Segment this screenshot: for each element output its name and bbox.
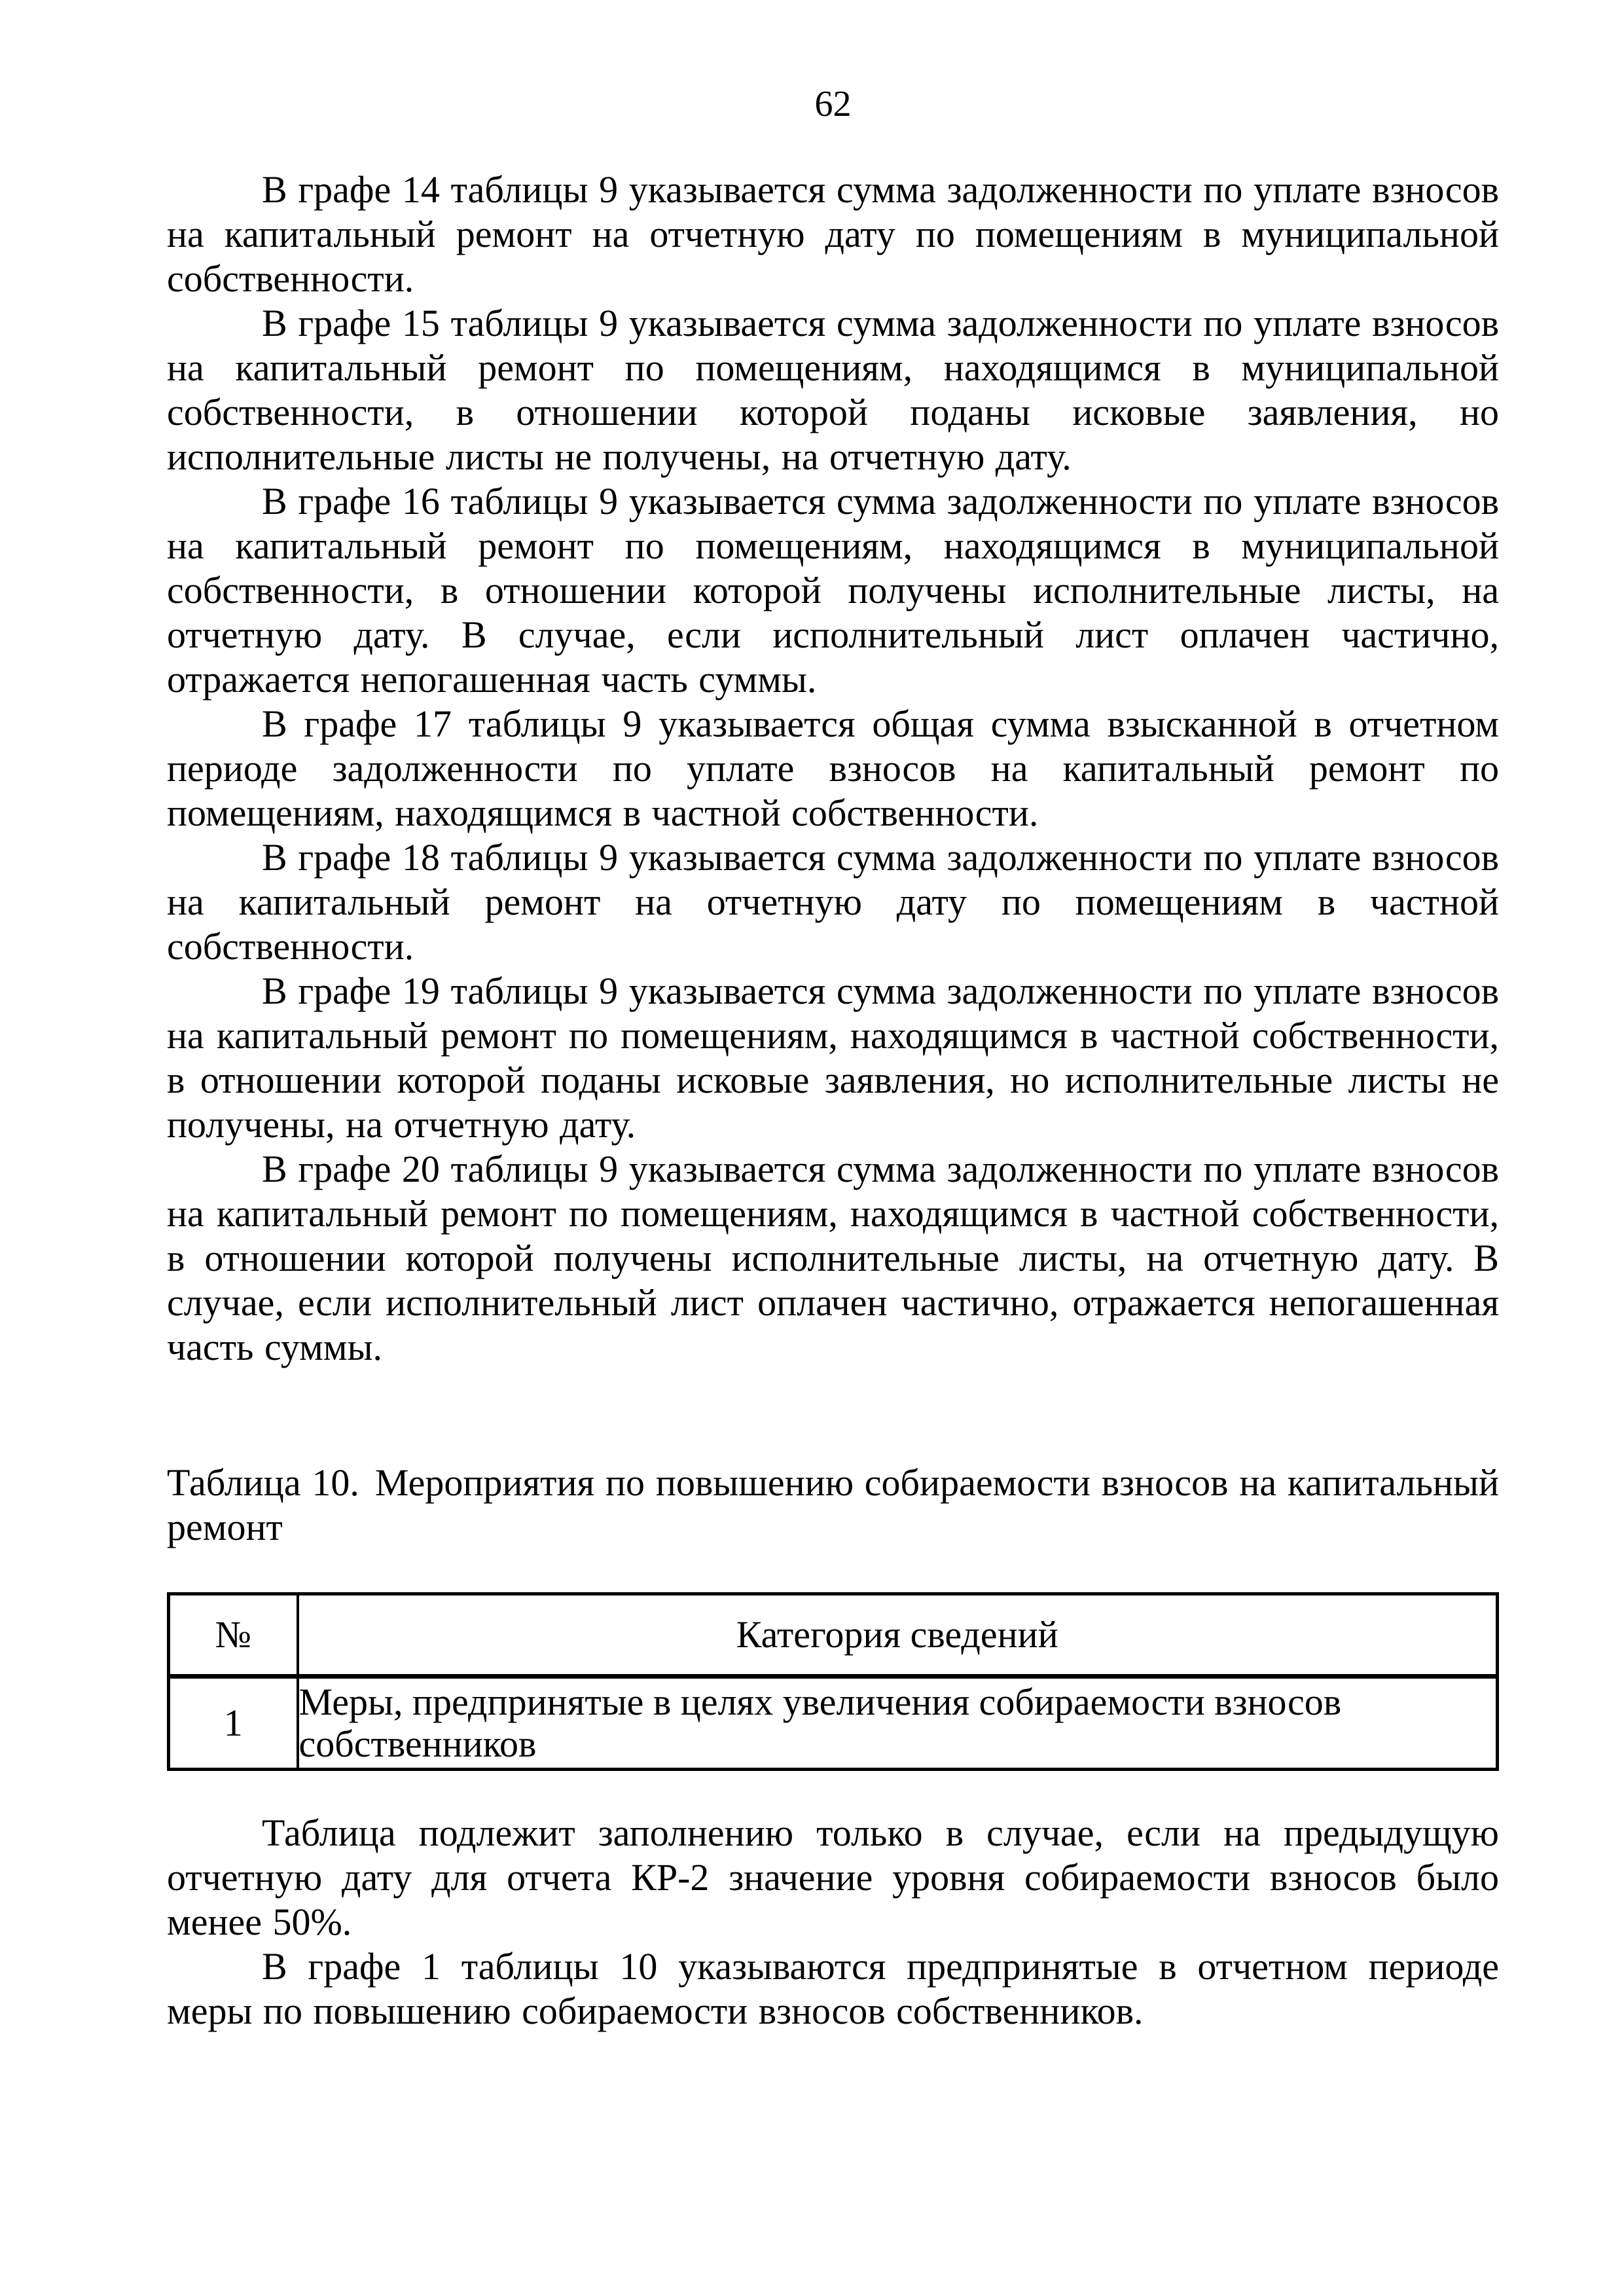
page-number: 62 — [167, 82, 1499, 126]
note-grafa-1-table-10: В графе 1 таблицы 10 указываются предпри… — [167, 1944, 1499, 2033]
paragraph-grafa-19: В графе 19 таблицы 9 указывается сумма з… — [167, 969, 1499, 1147]
closing-paragraphs: Таблица подлежит заполнению только в слу… — [167, 1811, 1499, 2033]
paragraph-grafa-16: В графе 16 таблицы 9 указывается сумма з… — [167, 479, 1499, 702]
table-10-row-1-category: Меры, предпринятые в целях увеличения со… — [298, 1677, 1498, 1770]
table-10: № Категория сведений 1 Меры, предприняты… — [167, 1592, 1499, 1771]
table-10-caption-label: Таблица 10. — [167, 1461, 359, 1504]
document-page: 62 В графе 14 таблицы 9 указывается сумм… — [0, 0, 1624, 2296]
table-10-header-category: Категория сведений — [298, 1594, 1498, 1677]
body-paragraphs: В графе 14 таблицы 9 указывается сумма з… — [167, 168, 1499, 1370]
page-content: 62 В графе 14 таблицы 9 указывается сумм… — [167, 0, 1499, 2033]
table-row: 1 Меры, предпринятые в целях увеличения … — [169, 1677, 1498, 1770]
table-10-caption: Таблица 10.Мероприятия по повышению соби… — [167, 1461, 1499, 1550]
paragraph-grafa-15: В графе 15 таблицы 9 указывается сумма з… — [167, 301, 1499, 479]
paragraph-grafa-20: В графе 20 таблицы 9 указывается сумма з… — [167, 1147, 1499, 1370]
table-10-caption-text: Мероприятия по повышению собираемости вз… — [167, 1461, 1499, 1548]
table-10-header-num: № — [169, 1594, 298, 1677]
table-10-header-row: № Категория сведений — [169, 1594, 1498, 1677]
paragraph-grafa-17: В графе 17 таблицы 9 указывается общая с… — [167, 702, 1499, 835]
paragraph-grafa-18: В графе 18 таблицы 9 указывается сумма з… — [167, 835, 1499, 969]
table-10-row-1-num: 1 — [169, 1677, 298, 1770]
note-table-fill-condition: Таблица подлежит заполнению только в слу… — [167, 1811, 1499, 1944]
paragraph-grafa-14: В графе 14 таблицы 9 указывается сумма з… — [167, 168, 1499, 301]
